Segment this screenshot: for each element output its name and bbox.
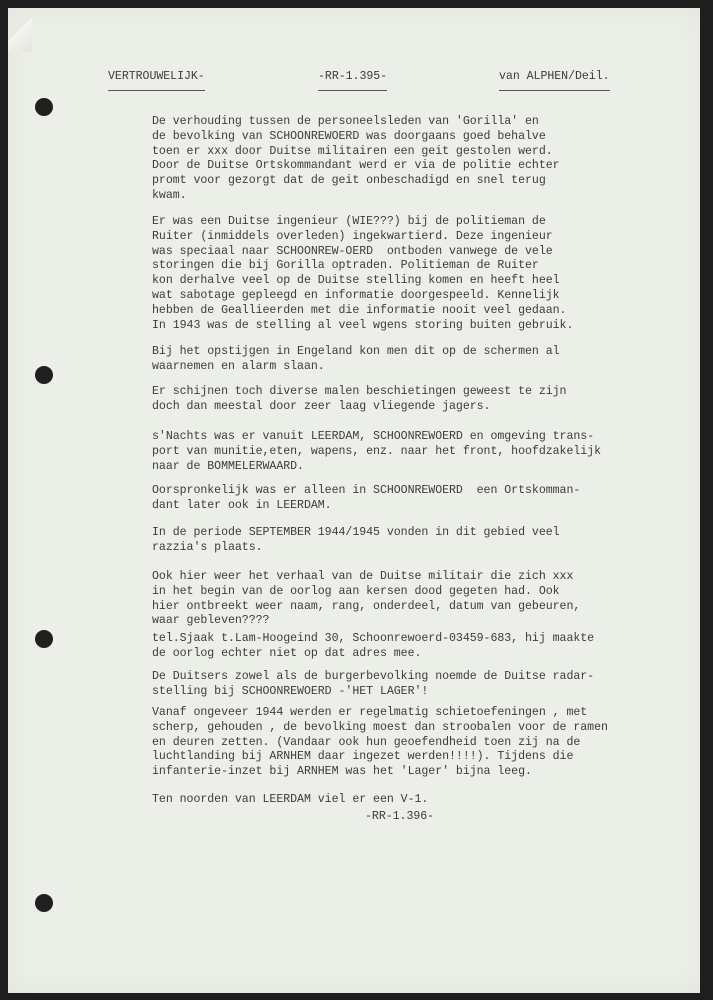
text-line: in het begin van de oorlog aan kersen do… (152, 585, 672, 600)
text-line: waarnemen en alarm slaan. (152, 360, 672, 375)
paragraph: De verhouding tussen de personeelsleden … (152, 115, 672, 204)
paragraph: Ten noorden van LEERDAM viel er een V-1. (152, 793, 672, 808)
text-line: Oorspronkelijk was er alleen in SCHOONRE… (152, 484, 672, 499)
header-author: van ALPHEN/Deil. (499, 70, 610, 91)
paragraph: In de periode SEPTEMBER 1944/1945 vonden… (152, 526, 672, 556)
text-line: de bevolking van SCHOONREWOERD was doorg… (152, 130, 672, 145)
text-line: stelling bij SCHOONREWOERD -'HET LAGER'! (152, 685, 672, 700)
text-line: tel.Sjaak t.Lam-Hoogeind 30, Schoonrewoe… (152, 632, 672, 647)
text-line: Ruiter (inmiddels overleden) ingekwartie… (152, 230, 672, 245)
text-line: waar gebleven???? (152, 614, 672, 629)
paragraph: Er schijnen toch diverse malen beschieti… (152, 385, 672, 415)
paragraph: Vanaf ongeveer 1944 werden er regelmatig… (152, 706, 672, 780)
text-line: Vanaf ongeveer 1944 werden er regelmatig… (152, 706, 672, 721)
punch-hole (35, 366, 53, 384)
text-line: kon derhalve veel op de Duitse stelling … (152, 274, 672, 289)
paragraph: De Duitsers zowel als de burgerbevolking… (152, 670, 672, 700)
paragraph: s'Nachts was er vanuit LEERDAM, SCHOONRE… (152, 430, 672, 474)
text-line: In de periode SEPTEMBER 1944/1945 vonden… (152, 526, 672, 541)
text-line: Ook hier weer het verhaal van de Duitse … (152, 570, 672, 585)
text-line: Bij het opstijgen in Engeland kon men di… (152, 345, 672, 360)
text-line: Door de Duitse Ortskommandant werd er vi… (152, 159, 672, 174)
text-line: De Duitsers zowel als de burgerbevolking… (152, 670, 672, 685)
text-line: razzia's plaats. (152, 541, 672, 556)
text-line: De verhouding tussen de personeelsleden … (152, 115, 672, 130)
footer-reference: -RR-1.396- (365, 810, 434, 823)
punch-hole (35, 630, 53, 648)
paragraph: tel.Sjaak t.Lam-Hoogeind 30, Schoonrewoe… (152, 632, 672, 662)
text-line: hier ontbreekt weer naam, rang, onderdee… (152, 600, 672, 615)
text-line: port van munitie,eten, wapens, enz. naar… (152, 445, 672, 460)
text-line: Er was een Duitse ingenieur (WIE???) bij… (152, 215, 672, 230)
text-line: storingen die bij Gorilla optraden. Poli… (152, 259, 672, 274)
text-line: Er schijnen toch diverse malen beschieti… (152, 385, 672, 400)
text-line: Ten noorden van LEERDAM viel er een V-1. (152, 793, 672, 808)
text-line: toen er xxx door Duitse militairen een g… (152, 145, 672, 160)
text-line: infanterie-inzet bij ARNHEM was het 'Lag… (152, 765, 672, 780)
punch-hole (35, 98, 53, 116)
text-line: en deuren zetten. (Vandaar ook hun geoef… (152, 736, 672, 751)
text-line: wat sabotage gepleegd en informatie door… (152, 289, 672, 304)
text-line: In 1943 was de stelling al veel wgens st… (152, 319, 672, 334)
text-line: de oorlog echter niet op dat adres mee. (152, 647, 672, 662)
text-line: luchtlanding bij ARNHEM daar ingezet wer… (152, 750, 672, 765)
text-line: naar de BOMMELERWAARD. (152, 460, 672, 475)
text-line: was speciaal naar SCHOONREW-OERD ontbode… (152, 245, 672, 260)
folded-corner (8, 8, 32, 52)
text-line: kwam. (152, 189, 672, 204)
header-classification: VERTROUWELIJK- (108, 70, 205, 91)
paragraph: Er was een Duitse ingenieur (WIE???) bij… (152, 215, 672, 333)
text-line: scherp, gehouden , de bevolking moest da… (152, 721, 672, 736)
punch-hole (35, 894, 53, 912)
text-line: hebben de Geallieerden met die informati… (152, 304, 672, 319)
paragraph: Bij het opstijgen in Engeland kon men di… (152, 345, 672, 375)
text-line: dant later ook in LEERDAM. (152, 499, 672, 514)
text-line: doch dan meestal door zeer laag vliegend… (152, 400, 672, 415)
text-line: s'Nachts was er vanuit LEERDAM, SCHOONRE… (152, 430, 672, 445)
text-line: promt voor gezorgt dat de geit onbeschad… (152, 174, 672, 189)
paragraph: Ook hier weer het verhaal van de Duitse … (152, 570, 672, 629)
paragraph: Oorspronkelijk was er alleen in SCHOONRE… (152, 484, 672, 514)
header-reference: -RR-1.395- (318, 70, 387, 91)
